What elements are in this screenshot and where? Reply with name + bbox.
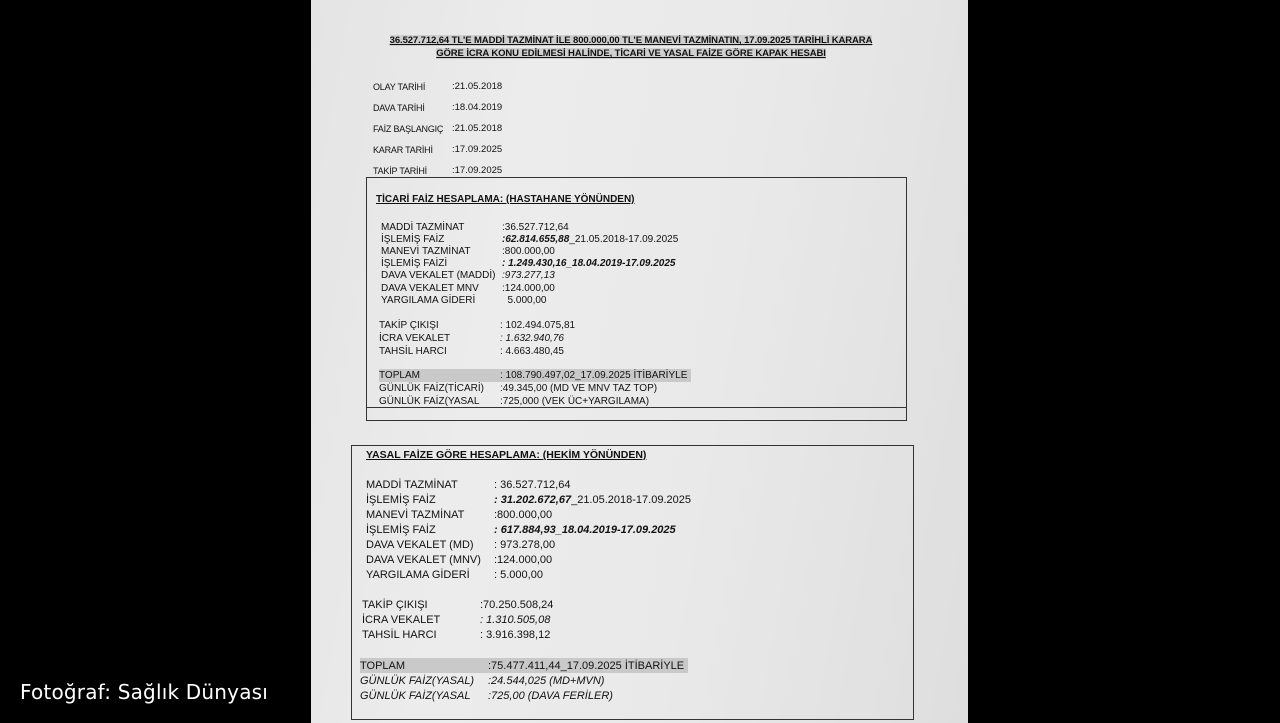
title-line-1: 36.527.712,64 TL'E MADDİ TAZMİNAT İLE 80…	[390, 35, 873, 46]
item-value: : 102.494.075,81	[500, 320, 575, 331]
date-label: DAVA TARİHİ	[373, 103, 452, 113]
item-label: GÜNLÜK FAİZ(YASAL	[379, 396, 500, 407]
list-item: DAVA VEKALET (MNV):124.000,00	[366, 552, 691, 567]
total-value: :75.477.411,44_17.09.2025 İTİBARİYLE	[488, 660, 684, 672]
totals-list: TOPLAM: 108.790.497,02_17.09.2025 İTİBAR…	[379, 369, 691, 408]
commercial-interest-section: TİCARİ FAİZ HESAPLAMA: (HASTAHANE YÖNÜND…	[366, 177, 907, 421]
date-value: :21.05.2018	[452, 123, 502, 134]
item-label: GÜNLÜK FAİZ(YASAL	[360, 690, 488, 702]
total-row: TOPLAM: 108.790.497,02_17.09.2025 İTİBAR…	[379, 369, 691, 382]
damages-list: MADDİ TAZMİNAT: 36.527.712,64 İŞLEMİŞ FA…	[366, 477, 691, 582]
list-item: TAKİP ÇIKIŞI: 102.494.075,81	[379, 319, 575, 332]
list-item: İŞLEMİŞ FAİZİ: 1.249.430,16_18.04.2019-1…	[381, 258, 678, 270]
item-value: : 5.000,00	[494, 569, 543, 581]
item-label: YARGILAMA GİDERİ	[366, 569, 494, 581]
item-value: :725,000 (VEK ÜC+YARGILAMA)	[500, 396, 649, 407]
list-item: DAVA VEKALET MNV:124.000,00	[381, 282, 678, 294]
total-value: : 108.790.497,02_17.09.2025 İTİBARİYLE	[500, 370, 687, 381]
item-value: : 31.202.672,67	[494, 494, 571, 506]
list-item: TAKİP ÇIKIŞI:70.250.508,24	[362, 597, 553, 612]
item-label: DAVA VEKALET (MNV)	[366, 554, 494, 566]
item-value: :36.527.712,64	[502, 222, 569, 233]
document-photo: 36.527.712,64 TL'E MADDİ TAZMİNAT İLE 80…	[311, 0, 968, 723]
item-label: TAHSİL HARCI	[379, 346, 500, 357]
item-label: GÜNLÜK FAİZ(YASAL)	[360, 675, 488, 687]
item-value: :62.814.655,88	[502, 234, 569, 245]
item-label: TAKİP ÇIKIŞI	[362, 599, 480, 611]
item-value: : 3.916.398,12	[480, 629, 550, 641]
list-item: TAHSİL HARCI: 4.663.480,45	[379, 345, 575, 358]
item-label: İŞLEMİŞ FAİZ	[366, 524, 494, 536]
date-label: OLAY TARİHİ	[373, 82, 452, 92]
item-value: : 973.278,00	[494, 539, 555, 551]
dates-list: OLAY TARİHİ:21.05.2018 DAVA TARİHİ:18.04…	[373, 76, 502, 181]
document-title: 36.527.712,64 TL'E MADDİ TAZMİNAT İLE 80…	[371, 34, 891, 60]
item-value: 5.000,00	[502, 295, 546, 306]
item-label: İCRA VEKALET	[379, 333, 500, 344]
item-value: : 1.249.430,16_18.04.2019-17.09.2025	[502, 258, 676, 269]
list-item: DAVA VEKALET (MADDİ):973.277,13	[381, 270, 678, 282]
item-value: :49.345,00 (MD VE MNV TAZ TOP)	[500, 383, 657, 394]
list-item: GÜNLÜK FAİZ(TİCARİ):49.345,00 (MD VE MNV…	[379, 382, 691, 395]
legal-interest-section: YASAL FAİZE GÖRE HESAPLAMA: (HEKİM YÖNÜN…	[351, 445, 914, 720]
damages-list: MADDİ TAZMİNAT:36.527.712,64 İŞLEMİŞ FAİ…	[381, 221, 678, 306]
date-row-case: DAVA TARİHİ:18.04.2019	[373, 97, 502, 118]
item-value: :70.250.508,24	[480, 599, 553, 611]
divider	[367, 407, 906, 408]
date-row-event: OLAY TARİHİ:21.05.2018	[373, 76, 502, 97]
item-label: YARGILAMA GİDERİ	[381, 295, 502, 306]
item-value: :800.000,00	[502, 246, 555, 257]
list-item: İŞLEMİŞ FAİZ: 617.884,93_18.04.2019-17.0…	[366, 522, 691, 537]
item-label: DAVA VEKALET (MADDİ)	[381, 270, 502, 281]
date-value: :17.09.2025	[452, 144, 502, 155]
item-value: : 4.663.480,45	[500, 346, 564, 357]
item-label: MANEVİ TAZMİNAT	[381, 246, 502, 257]
item-label: DAVA VEKALET (MD)	[366, 539, 494, 551]
item-label: İŞLEMİŞ FAİZ	[381, 234, 502, 245]
title-line-2: GÖRE İCRA KONU EDİLMESİ HALİNDE, TİCARİ …	[436, 48, 826, 59]
item-extra: _21.05.2018-17.09.2025	[569, 234, 678, 245]
list-item: TAHSİL HARCI: 3.916.398,12	[362, 627, 553, 642]
item-label: İŞLEMİŞ FAİZ	[366, 494, 494, 506]
list-item: GÜNLÜK FAİZ(YASAL:725,00 (DAVA FERİLER)	[360, 688, 688, 703]
list-item: MADDİ TAZMİNAT:36.527.712,64	[381, 221, 678, 233]
date-row-decision: KARAR TARİHİ:17.09.2025	[373, 139, 502, 160]
item-value: : 1.310.505,08	[480, 614, 550, 626]
list-item: MANEVİ TAZMİNAT:800.000,00	[381, 245, 678, 257]
total-label: TOPLAM	[360, 660, 488, 672]
item-label: TAKİP ÇIKIŞI	[379, 320, 500, 331]
item-value: :725,00 (DAVA FERİLER)	[488, 690, 613, 702]
list-item: İŞLEMİŞ FAİZ: 31.202.672,67_21.05.2018-1…	[366, 492, 691, 507]
date-label: TAKİP TARİHİ	[373, 166, 452, 176]
date-value: :18.04.2019	[452, 102, 502, 113]
item-label: İCRA VEKALET	[362, 614, 480, 626]
photo-credit: Fotoğraf: Sağlık Dünyası	[20, 680, 268, 704]
item-label: TAHSİL HARCI	[362, 629, 480, 641]
item-value: : 1.632.940,76	[500, 333, 564, 344]
item-label: GÜNLÜK FAİZ(TİCARİ)	[379, 383, 500, 394]
enforcement-list: TAKİP ÇIKIŞI:70.250.508,24 İCRA VEKALET:…	[362, 597, 553, 642]
item-value: :800.000,00	[494, 509, 552, 521]
item-value: : 617.884,93_18.04.2019-17.09.2025	[494, 524, 676, 536]
section-heading: TİCARİ FAİZ HESAPLAMA: (HASTAHANE YÖNÜND…	[376, 194, 635, 205]
list-item: İCRA VEKALET: 1.310.505,08	[362, 612, 553, 627]
item-label: MADDİ TAZMİNAT	[381, 222, 502, 233]
item-extra: _21.05.2018-17.09.2025	[571, 494, 691, 506]
list-item: MANEVİ TAZMİNAT:800.000,00	[366, 507, 691, 522]
item-label: DAVA VEKALET MNV	[381, 283, 502, 294]
total-label: TOPLAM	[379, 370, 500, 381]
item-value: :124.000,00	[494, 554, 552, 566]
list-item: GÜNLÜK FAİZ(YASAL):24.544,025 (MD+MVN)	[360, 673, 688, 688]
list-item: DAVA VEKALET (MD): 973.278,00	[366, 537, 691, 552]
section-heading: YASAL FAİZE GÖRE HESAPLAMA: (HEKİM YÖNÜN…	[366, 449, 646, 461]
item-value: : 36.527.712,64	[494, 479, 570, 491]
list-item: İCRA VEKALET: 1.632.940,76	[379, 332, 575, 345]
item-label: MADDİ TAZMİNAT	[366, 479, 494, 491]
item-label: İŞLEMİŞ FAİZİ	[381, 258, 502, 269]
list-item: İŞLEMİŞ FAİZ:62.814.655,88_21.05.2018-17…	[381, 233, 678, 245]
totals-list: TOPLAM:75.477.411,44_17.09.2025 İTİBARİY…	[360, 658, 688, 703]
item-value: :24.544,025 (MD+MVN)	[488, 675, 604, 687]
item-label: MANEVİ TAZMİNAT	[366, 509, 494, 521]
list-item: MADDİ TAZMİNAT: 36.527.712,64	[366, 477, 691, 492]
date-label: KARAR TARİHİ	[373, 145, 452, 155]
item-value: :973.277,13	[502, 270, 555, 281]
enforcement-list: TAKİP ÇIKIŞI: 102.494.075,81 İCRA VEKALE…	[379, 319, 575, 358]
date-value: :17.09.2025	[452, 165, 502, 176]
item-value: :124.000,00	[502, 283, 555, 294]
total-row: TOPLAM:75.477.411,44_17.09.2025 İTİBARİY…	[360, 658, 688, 673]
date-row-interest-start: FAİZ BAŞLANGIÇ:21.05.2018	[373, 118, 502, 139]
list-item: YARGILAMA GİDERİ: 5.000,00	[366, 567, 691, 582]
list-item: YARGILAMA GİDERİ 5.000,00	[381, 294, 678, 306]
date-value: :21.05.2018	[452, 81, 502, 92]
date-label: FAİZ BAŞLANGIÇ	[373, 124, 452, 134]
